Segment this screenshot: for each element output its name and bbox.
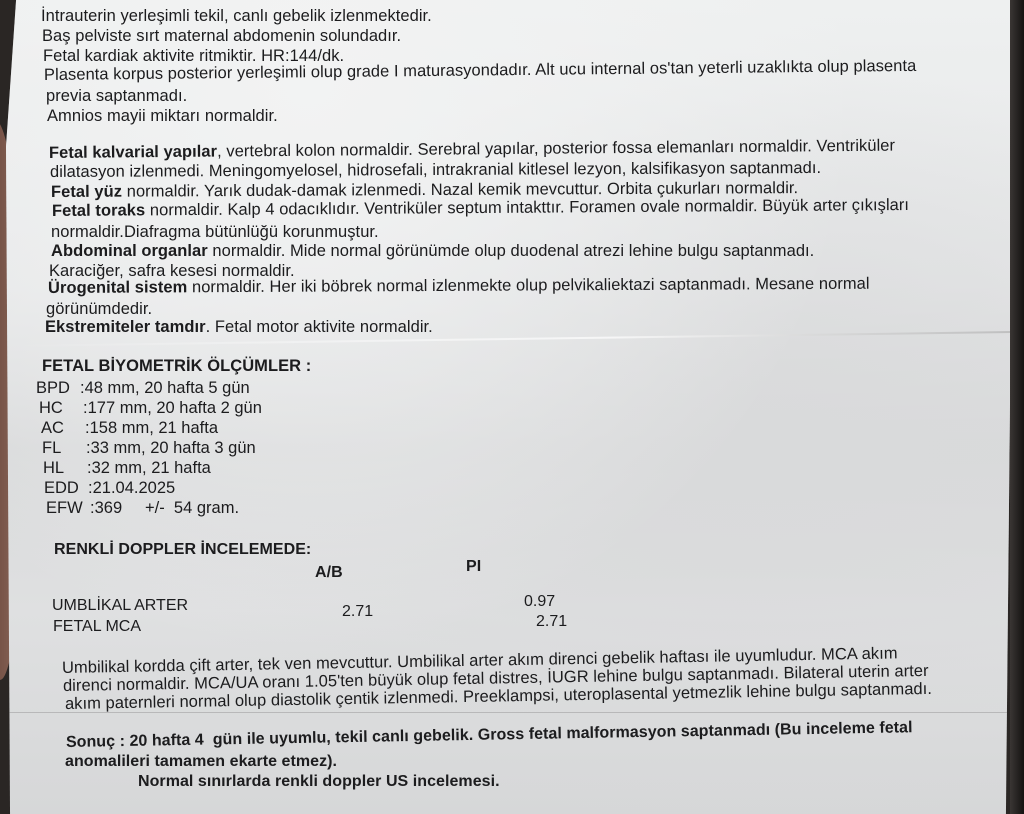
finding-heading: Ürogenital sistem: [48, 278, 187, 297]
finding-text: normaldir. Her iki böbrek normal izlenme…: [187, 275, 869, 297]
biometry-row: BPD: 48 mm, 20 hafta 5 gün: [36, 378, 250, 398]
biometry-key: BPD: [36, 378, 80, 398]
finding-heading: Fetal yüz: [51, 183, 122, 201]
biometry-key: EDD: [44, 478, 88, 498]
finding-text: , vertebral kolon normaldir. Serebral ya…: [217, 137, 895, 161]
finding-text: görünümdedir.: [46, 300, 152, 318]
biometry-value: 158 mm, 21 hafta: [90, 419, 218, 437]
finding-text: . Fetal motor aktivite normaldir.: [206, 318, 433, 336]
finding-heading: Abdominal organlar: [51, 242, 208, 260]
organ-finding-line: Abdominal organlar normaldir. Mide norma…: [51, 241, 814, 261]
report-paper: İntrauterin yerleşimli tekil, canlı gebe…: [6, 0, 1014, 814]
intro-line: İntrauterin yerleşimli tekil, canlı gebe…: [41, 6, 432, 26]
doppler-row-name: FETAL MCA: [53, 618, 141, 636]
finding-heading: Fetal kalvarial yapılar: [49, 143, 217, 162]
doppler-column-ab: A/B: [315, 563, 343, 583]
biometry-value: 33 mm, 20 hafta 3 gün: [91, 439, 256, 457]
biometry-row: EDD: 21.04.2025: [44, 478, 175, 498]
intro-line: Baş pelviste sırt maternal abdomenin sol…: [42, 26, 401, 46]
biometry-key: FL: [42, 438, 86, 458]
organ-finding-line: Ürogenital sistem normaldir. Her iki böb…: [48, 274, 870, 298]
finding-text: normaldir.Diafragma bütünlüğü korunmuştu…: [51, 223, 379, 241]
biometry-key: HC: [39, 398, 83, 418]
conclusion-line: Sonuç : 20 hafta 4 gün ile uyumlu, tekil…: [66, 718, 913, 753]
organ-finding-line: Ekstremiteler tamdır. Fetal motor aktivi…: [45, 317, 433, 337]
biometry-row: HC:177 mm, 20 hafta 2 gün: [39, 398, 262, 418]
biometry-value: 32 mm, 21 hafta: [92, 459, 211, 477]
biometry-key: EFW: [46, 498, 90, 518]
biometry-row: AC:158 mm, 21 hafta: [41, 418, 218, 438]
intro-line: previa saptanmadı.: [46, 86, 187, 106]
biometry-title: FETAL BİYOMETRİK ÖLÇÜMLER :: [42, 356, 311, 376]
doppler-title: RENKLİ DOPPLER İNCELEMEDE:: [54, 540, 311, 560]
doppler-row-name: UMBLİKAL ARTER: [52, 597, 188, 615]
finding-heading: Fetal toraks: [52, 201, 145, 220]
doppler-pi-value: 0.97: [524, 593, 555, 611]
biometry-row: FL: 33 mm, 20 hafta 3 gün: [42, 438, 256, 458]
biometry-row: EFW: 369 +/- 54 gram.: [46, 498, 239, 518]
conclusion-line: anomalileri tamamen ekarte etmez).: [65, 752, 337, 772]
doppler-ab-value: 2.71: [342, 603, 373, 621]
finding-text: normaldir. Kalp 4 odacıklıdır. Ventrikül…: [145, 196, 909, 219]
doppler-column-pi: PI: [466, 557, 481, 577]
background-edge: [1010, 0, 1024, 814]
biometry-value: 369 +/- 54 gram.: [95, 499, 239, 517]
biometry-key: AC: [41, 418, 85, 438]
doppler-pi-value: 2.71: [536, 613, 567, 631]
finding-heading: Ekstremiteler tamdır: [45, 318, 206, 336]
organ-finding-line: görünümdedir.: [46, 299, 152, 319]
biometry-key: HL: [43, 458, 87, 478]
biometry-value: 177 mm, 20 hafta 2 gün: [88, 399, 262, 417]
conclusion-line: Normal sınırlarda renkli doppler US ince…: [138, 772, 500, 792]
biometry-value: 21.04.2025: [93, 479, 176, 497]
biometry-row: HL: 32 mm, 21 hafta: [43, 458, 211, 478]
intro-line: Amnios mayii miktarı normaldir.: [47, 106, 278, 126]
organ-finding-line: normaldir.Diafragma bütünlüğü korunmuştu…: [51, 222, 379, 242]
biometry-value: 48 mm, 20 hafta 5 gün: [85, 379, 250, 397]
finding-text: normaldir. Mide normal görünümde olup du…: [208, 242, 815, 260]
